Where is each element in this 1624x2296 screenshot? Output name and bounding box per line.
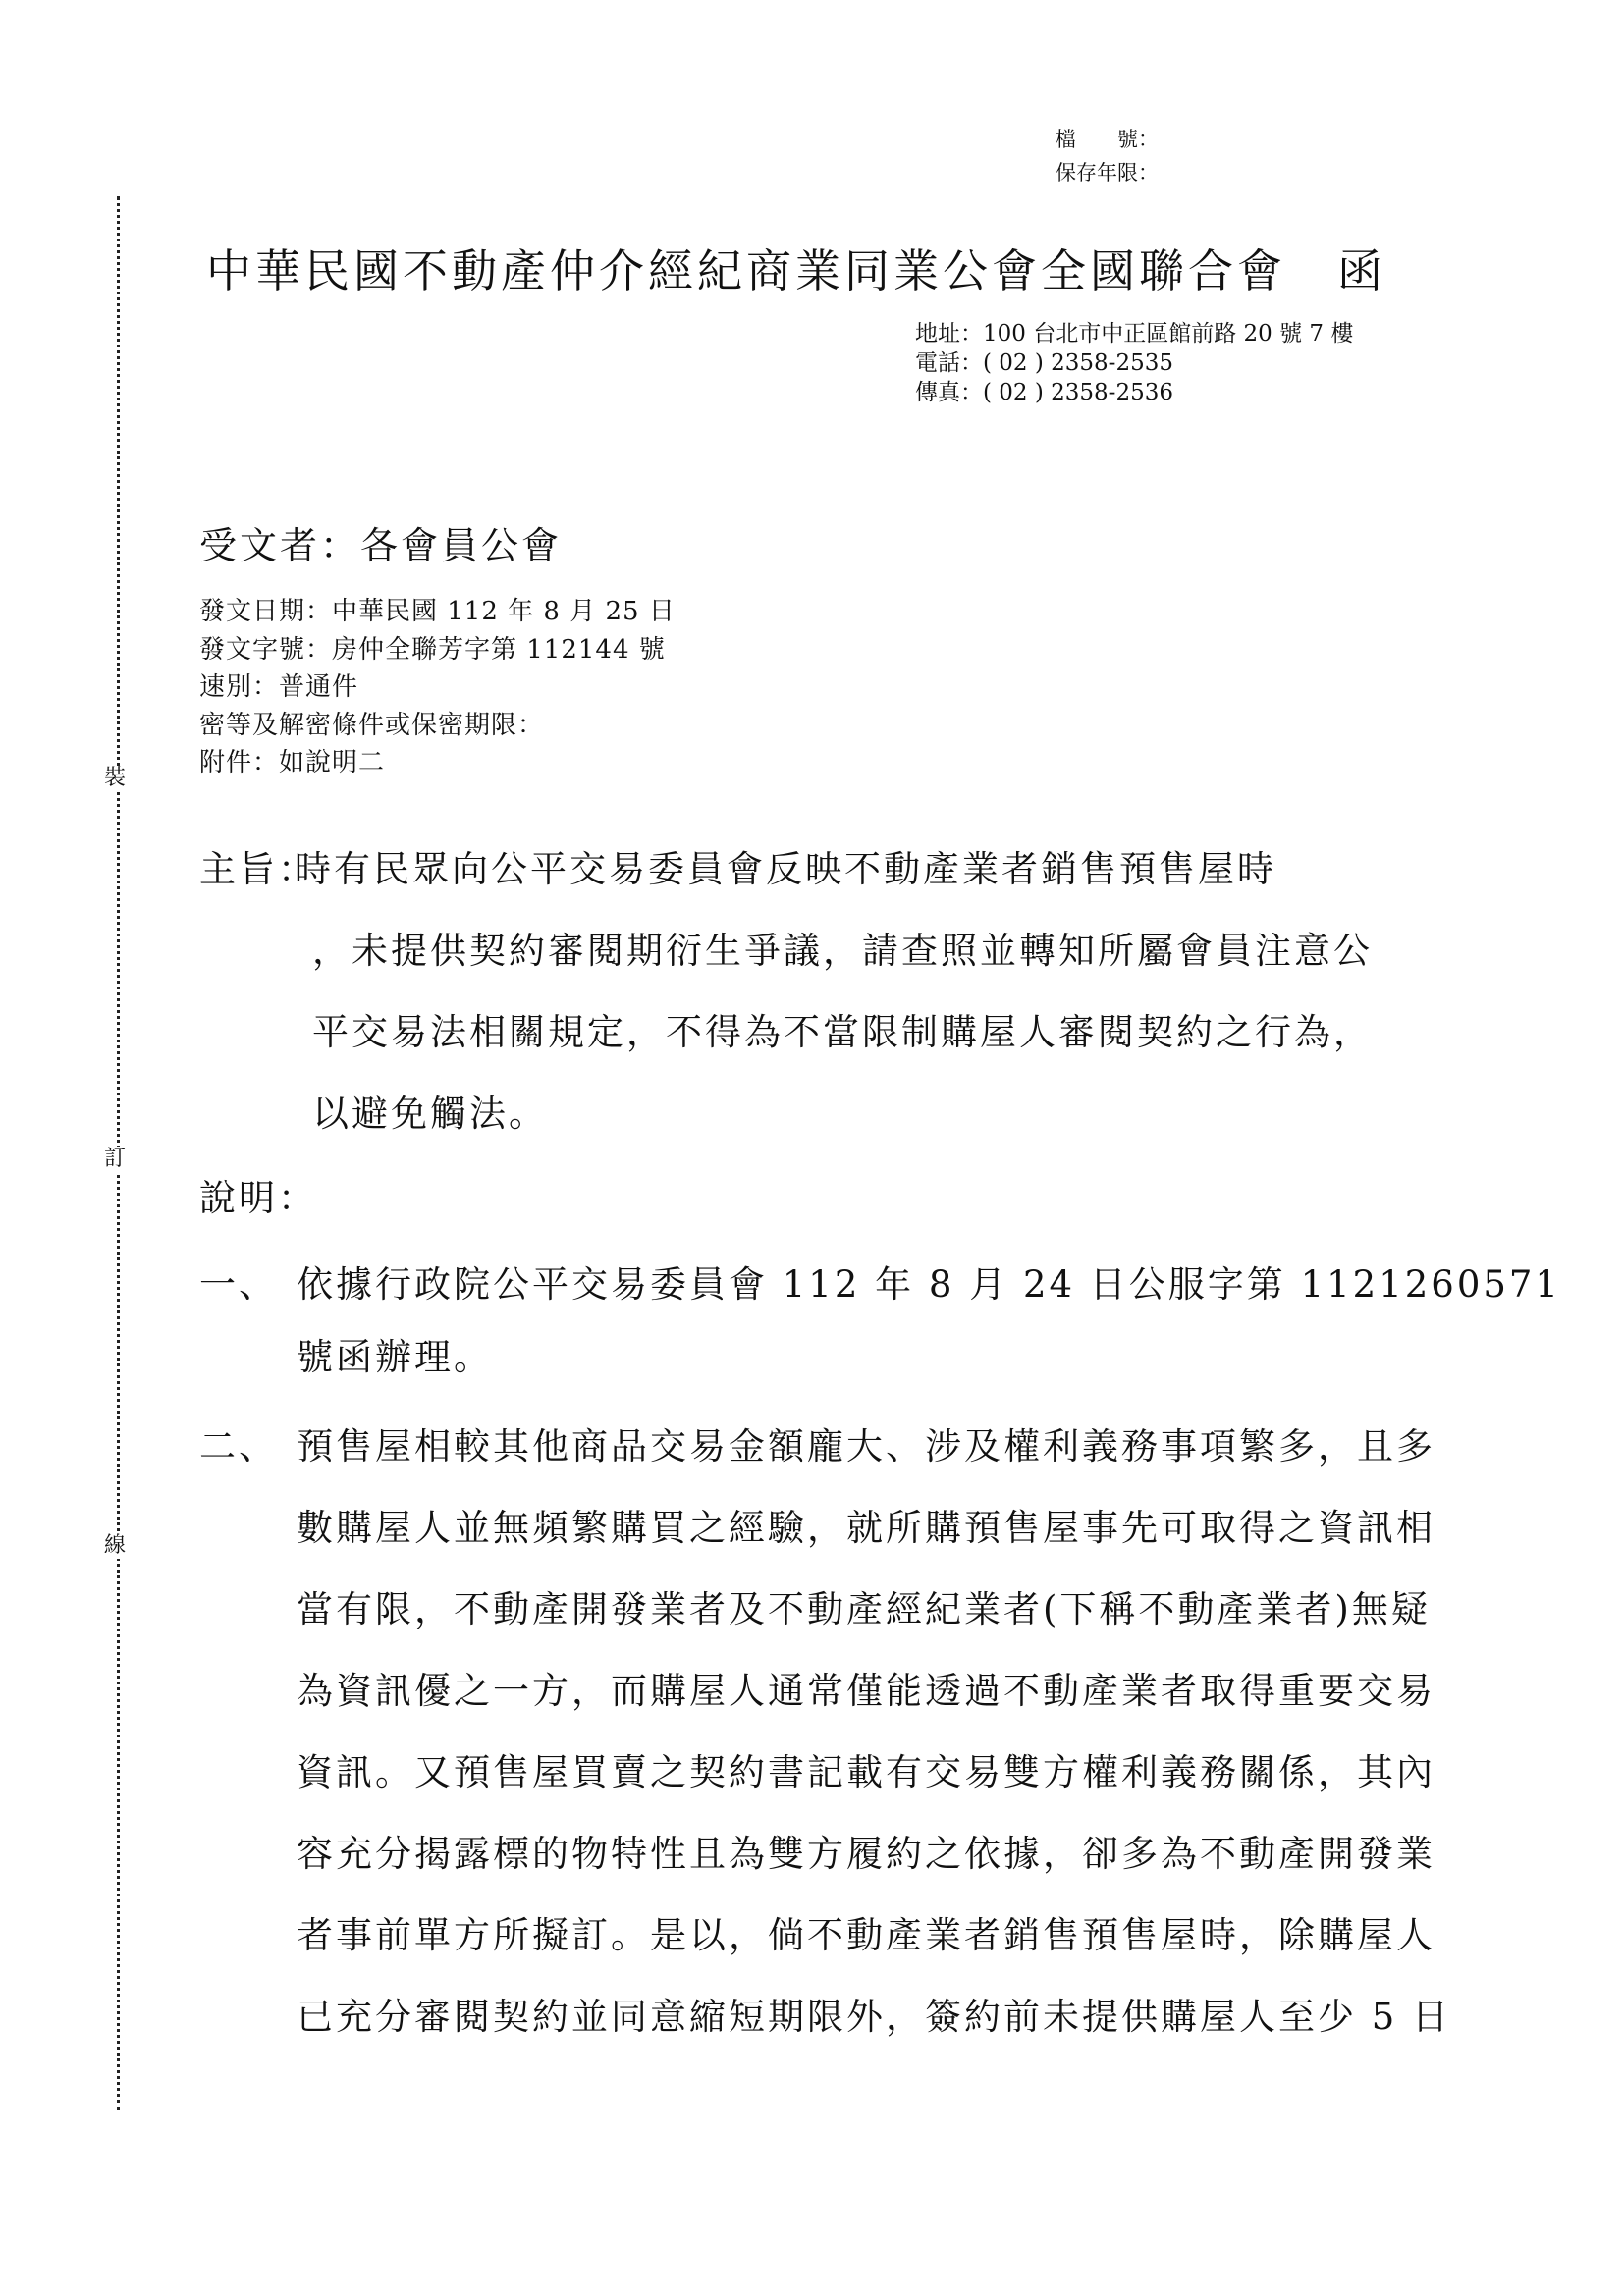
binding-mark-xian: 線 (104, 1533, 126, 1559)
item-line: 容充分揭露標的物特性且為雙方履約之依據，卻多為不動產開發業 (297, 1824, 1435, 1877)
explanation-label: 說明： (199, 1168, 317, 1221)
subject-line: 平交易法相關規定，不得為不當限制購屋人審閱契約之行為， (312, 1002, 1373, 1055)
item-line: 資訊。又預售屋買賣之契約書記載有交易雙方權利義務關係，其內 (297, 1742, 1435, 1795)
item-line: 預售屋相較其他商品交易金額龐大、涉及權利義務事項繁多，且多 (297, 1416, 1435, 1469)
file-meta: 檔 號： 保存年限： (1056, 123, 1159, 189)
subject-line: 以避免觸法。 (312, 1084, 548, 1137)
classification: 密等及解密條件或保密期限： (199, 707, 676, 745)
item-line: 已充分審閱契約並同意縮短期限外，簽約前未提供購屋人至少 5 日 (297, 1987, 1451, 2040)
phone: 電話：( 02 ) 2358-2535 (915, 348, 1353, 378)
item-line: 者事前單方所擬訂。是以，倘不動產業者銷售預售屋時，除購屋人 (297, 1905, 1435, 1958)
recipient: 受文者：各會員公會 (199, 515, 562, 569)
speed-class: 速別：普通件 (199, 668, 676, 707)
fax: 傳真：( 02 ) 2358-2536 (915, 378, 1353, 407)
retention-label: 保存年限： (1056, 156, 1159, 189)
binding-mark-zhuang: 裝 (104, 766, 126, 791)
item-line: 號函辦理。 (297, 1327, 493, 1380)
item-number: 一、 (199, 1255, 278, 1308)
document-title: 中華民國不動產仲介經紀商業同業公會全國聯合會函 (206, 236, 1386, 300)
item-line: 為資訊優之一方，而購屋人通常僅能透過不動產業者取得重要交易 (297, 1661, 1435, 1714)
binding-mark-ding: 訂 (104, 1147, 126, 1172)
item-number: 二、 (199, 1416, 278, 1469)
reference-number: 發文字號：房仲全聯芳字第 112144 號 (199, 631, 676, 669)
document-meta: 發文日期：中華民國 112 年 8 月 25 日 發文字號：房仲全聯芳字第 11… (199, 593, 676, 782)
subject-line: 時有民眾向公平交易委員會反映不動產業者銷售預售屋時 (295, 839, 1276, 892)
attachment: 附件：如說明二 (199, 744, 676, 782)
organization-name: 中華民國不動產仲介經紀商業同業公會全國聯合會 (206, 244, 1286, 297)
contact-block: 地址：100 台北市中正區館前路 20 號 7 樓 電話：( 02 ) 2358… (915, 319, 1353, 407)
doc-type: 函 (1337, 244, 1386, 297)
file-number-label: 檔 號： (1056, 123, 1159, 156)
item-line: 數購屋人並無頻繁購買之經驗，就所購預售屋事先可取得之資訊相 (297, 1498, 1435, 1551)
subject-line: ，未提供契約審閱期衍生爭議，請查照並轉知所屬會員注意公 (312, 921, 1373, 974)
item-line: 依據行政院公平交易委員會 112 年 8 月 24 日公服字第 11212605… (297, 1255, 1561, 1308)
issue-date: 發文日期：中華民國 112 年 8 月 25 日 (199, 593, 676, 631)
item-line: 當有限，不動產開發業者及不動產經紀業者(下稱不動產業者)無疑 (297, 1579, 1431, 1632)
address: 地址：100 台北市中正區館前路 20 號 7 樓 (915, 319, 1353, 348)
